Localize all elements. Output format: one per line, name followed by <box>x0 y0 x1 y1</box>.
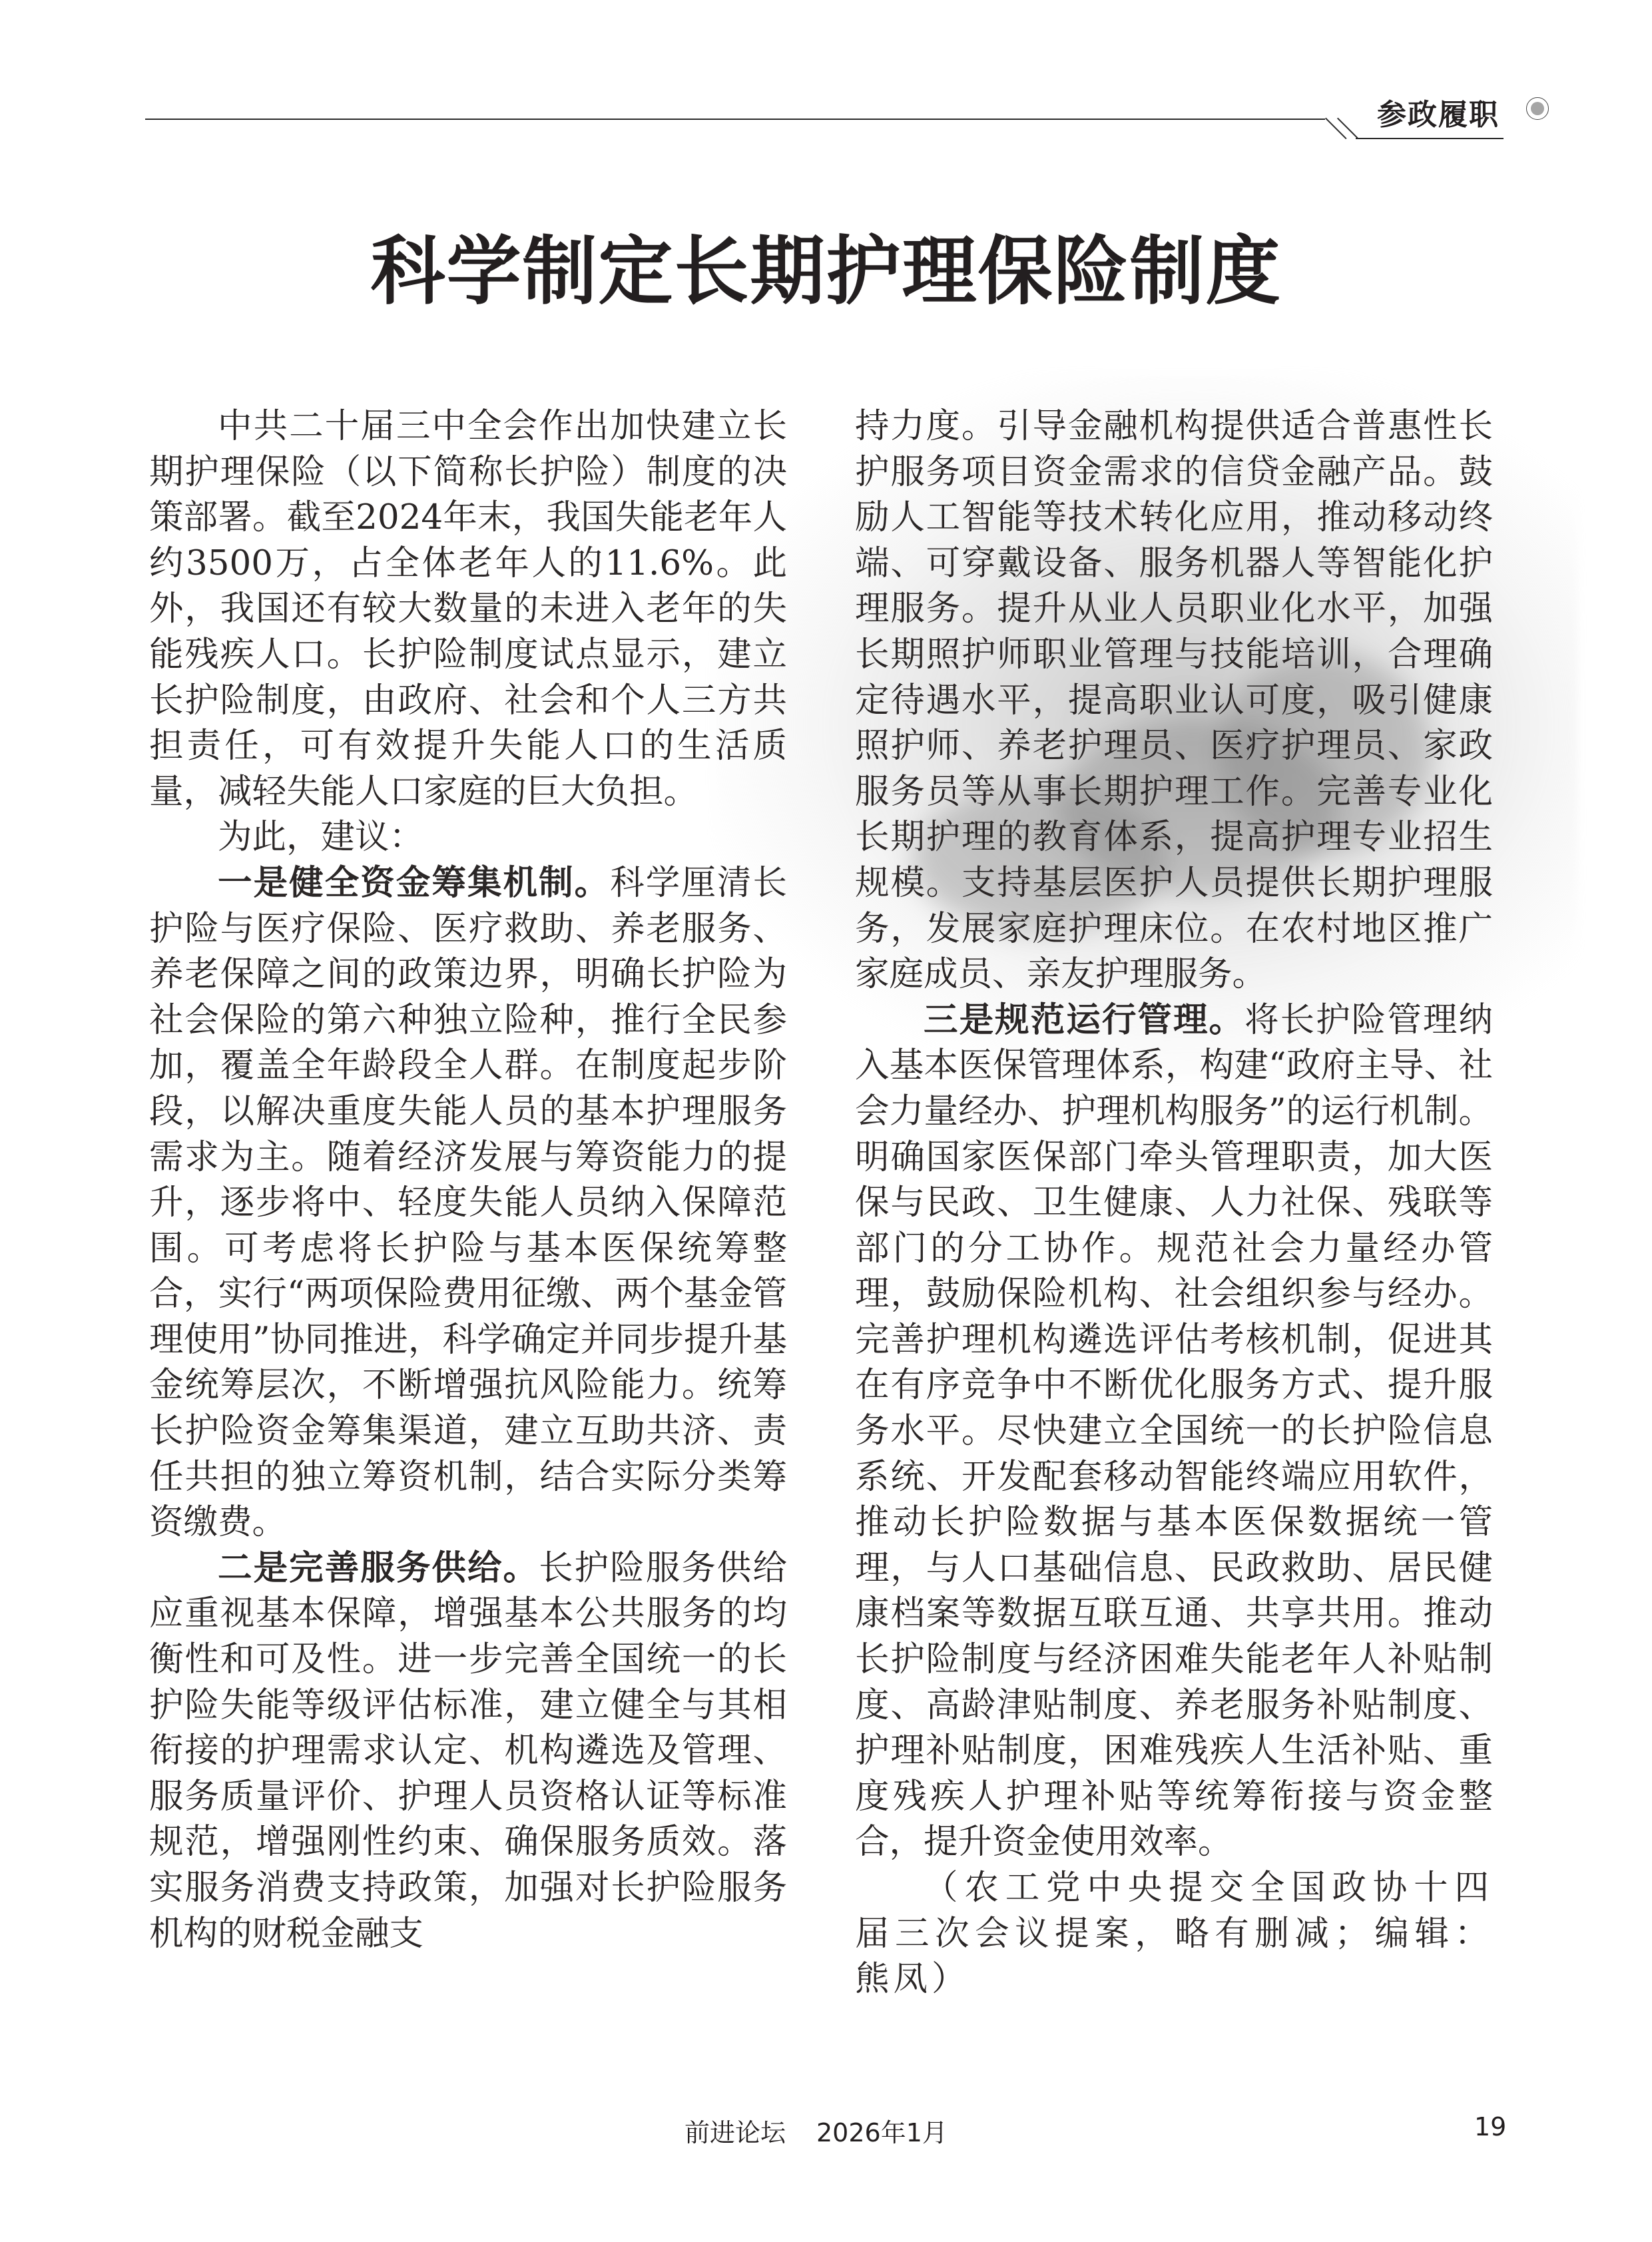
suggestion-1-body: 科学厘清长护险与医疗保险、医疗救助、养老服务、养老保障之间的政策边界，明确长护险… <box>149 863 787 1542</box>
section-label: 参政履职 <box>1377 91 1500 133</box>
suggestion-2-heading: 二是完善服务供给。 <box>218 1548 539 1588</box>
article-column-left: 中共二十届三中全会作出加快建立长期护理保险（以下简称长护险）制度的决策部署。截至… <box>149 404 787 1956</box>
article-title: 科学制定长期护理保险制度 <box>0 212 1652 319</box>
paragraph-suggestion-3: 三是规范运行管理。将长护险管理纳入基本医保管理体系，构建“政府主导、社会力量经办… <box>855 997 1493 1865</box>
header-rule-slash <box>1325 118 1347 140</box>
article-column-right: 持力度。引导金融机构提供适合普惠性长护服务项目资金需求的信贷金融产品。鼓励人工智… <box>855 404 1493 2002</box>
bullet-circle-icon <box>1526 97 1549 120</box>
footer-publication: 前进论坛 <box>685 2112 786 2149</box>
page-number: 19 <box>1474 2112 1506 2141</box>
header-rule <box>145 119 1325 120</box>
paragraph-proposal-lead: 为此，建议： <box>149 814 787 860</box>
paragraph-suggestion-1: 一是健全资金筹集机制。科学厘清长护险与医疗保险、医疗救助、养老服务、养老保障之间… <box>149 860 787 1545</box>
footer-issue-date: 2026年1月 <box>816 2112 948 2149</box>
paragraph-intro: 中共二十届三中全会作出加快建立长期护理保险（以下简称长护险）制度的决策部署。截至… <box>149 404 787 814</box>
header-rule-underline <box>1356 138 1504 139</box>
suggestion-3-body: 将长护险管理纳入基本医保管理体系，构建“政府主导、社会力量经办、护理机构服务”的… <box>855 1000 1493 1862</box>
suggestion-2-body: 长护险服务供给应重视基本保障，增强基本公共服务的均衡性和可及性。进一步完善全国统… <box>149 1548 787 1954</box>
suggestion-1-heading: 一是健全资金筹集机制。 <box>218 863 610 903</box>
paragraph-suggestion-2-continued: 持力度。引导金融机构提供适合普惠性长护服务项目资金需求的信贷金融产品。鼓励人工智… <box>855 404 1493 997</box>
header-rule-slash <box>1337 118 1359 140</box>
source-note: （农工党中央提交全国政协十四届三次会议提案，略有删减；编辑：熊凤） <box>855 1865 1493 2002</box>
suggestion-3-heading: 三是规范运行管理。 <box>924 1000 1244 1040</box>
paragraph-suggestion-2: 二是完善服务供给。长护险服务供给应重视基本保障，增强基本公共服务的均衡性和可及性… <box>149 1545 787 1956</box>
